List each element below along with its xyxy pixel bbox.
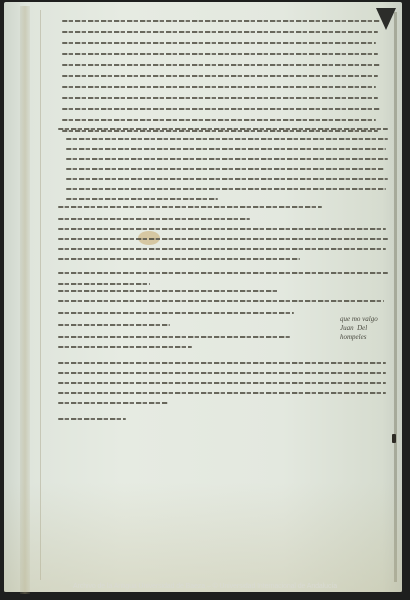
handwriting-line <box>66 178 388 180</box>
handwriting-line <box>62 86 376 88</box>
handwriting-line <box>58 206 322 208</box>
handwriting-line <box>66 158 388 160</box>
handwriting-line <box>62 75 378 77</box>
handwriting-line <box>58 228 386 230</box>
handwriting-line <box>58 290 278 292</box>
handwriting-line <box>62 119 376 121</box>
handwriting-line <box>62 130 378 132</box>
handwriting-line <box>58 300 384 302</box>
handwriting-line <box>62 20 380 22</box>
handwriting-line <box>58 272 388 274</box>
margin-rule <box>40 10 41 580</box>
handwriting-line <box>58 258 300 260</box>
handwriting-line <box>58 346 192 348</box>
handwriting-line <box>66 188 386 190</box>
handwriting-line <box>58 312 294 314</box>
handwriting-line <box>66 198 218 200</box>
handwriting-line <box>58 218 250 220</box>
handwriting-line <box>58 392 386 394</box>
handwriting-line <box>66 138 388 140</box>
handwriting-line <box>58 128 388 130</box>
handwriting-line <box>58 362 386 364</box>
handwriting-line <box>58 372 386 374</box>
handwriting-line <box>66 168 384 170</box>
handwriting-line <box>66 148 386 150</box>
handwriting-line <box>58 336 290 338</box>
handwriting-line <box>58 248 386 250</box>
handwriting-line <box>62 108 380 110</box>
handwriting-line <box>62 97 378 99</box>
manuscript-page: que mo valgo Juan Del hompeles <box>4 2 402 592</box>
handwriting-line <box>62 64 380 66</box>
page-edge <box>394 12 397 582</box>
document-viewer: que mo valgo Juan Del hompeles Archivo d… <box>0 0 410 600</box>
handwriting-line <box>58 324 170 326</box>
archive-caption: Archivo de la Antigua Universidad de Bae… <box>0 583 410 590</box>
handwriting-line <box>58 402 168 404</box>
handwriting-line <box>62 31 378 33</box>
handwriting-line <box>58 418 126 420</box>
margin-note: que mo valgo Juan Del hompeles <box>340 315 378 342</box>
page-binding-shadow <box>20 6 30 594</box>
handwriting-line <box>58 283 150 285</box>
handwriting-line <box>62 53 378 55</box>
ink-blot <box>392 434 396 443</box>
handwriting-line <box>58 382 386 384</box>
handwriting-line <box>58 238 388 240</box>
torn-corner <box>376 8 396 30</box>
handwriting-line <box>62 42 376 44</box>
